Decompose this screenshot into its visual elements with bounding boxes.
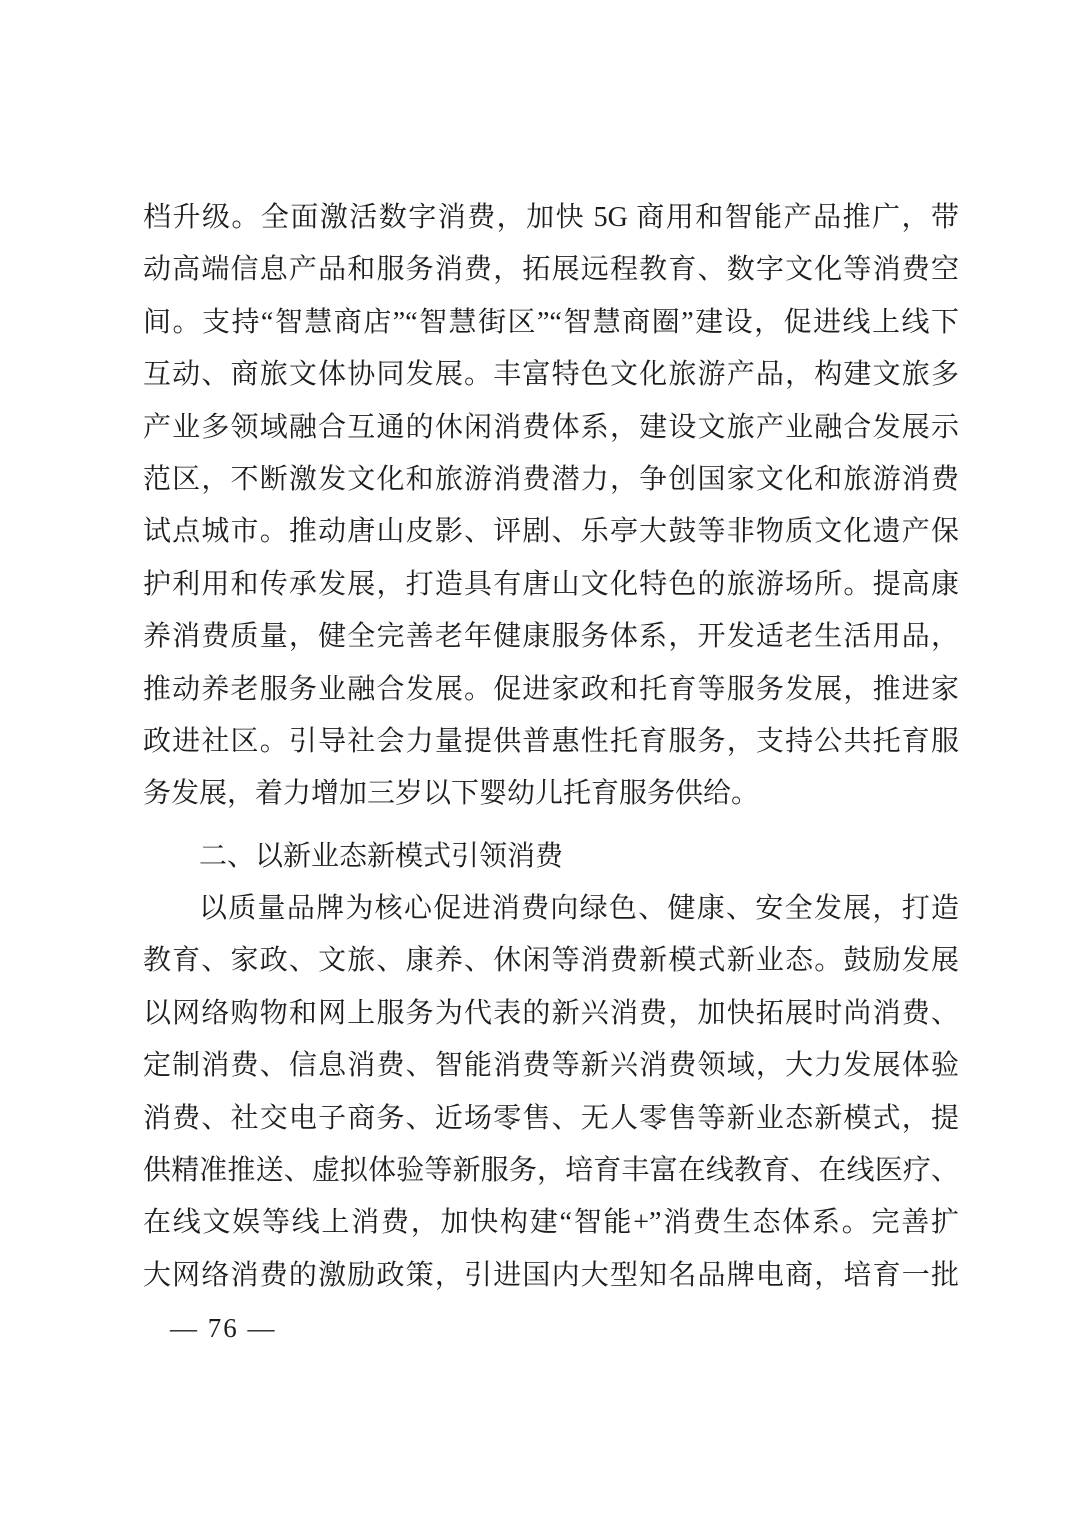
text-line: 间。支持“智慧商店”“智慧街区”“智慧商圈”建设，促进线上线下 — [143, 297, 959, 349]
text-line: 供精准推送、虚拟体验等新服务，培育丰富在线教育、在线医疗、 — [143, 1145, 959, 1197]
text-line: 政进社区。引导社会力量提供普惠性托育服务，支持公共托育服 — [143, 716, 959, 768]
document-page: 档升级。全面激活数字消费，加快 5G 商用和智能产品推广，带 动高端信息产品和服… — [0, 0, 1080, 1526]
text-line: 推动养老服务业融合发展。促进家政和托育等服务发展，推进家 — [143, 664, 959, 716]
text-line: 产业多领域融合互通的休闲消费体系，建设文旅产业融合发展示 — [143, 402, 959, 454]
text-line: 动高端信息产品和服务消费，拓展远程教育、数字文化等消费空 — [143, 244, 959, 296]
text-line: 档升级。全面激活数字消费，加快 5G 商用和智能产品推广，带 — [143, 192, 959, 244]
text-line: 试点城市。推动唐山皮影、评剧、乐亭大鼓等非物质文化遗产保 — [143, 506, 959, 558]
text-line: 范区，不断激发文化和旅游消费潜力，争创国家文化和旅游消费 — [143, 454, 959, 506]
text-line: 互动、商旅文体协同发展。丰富特色文化旅游产品，构建文旅多 — [143, 349, 959, 401]
text-line: 在线文娱等线上消费，加快构建“智能+”消费生态体系。完善扩 — [143, 1197, 959, 1249]
text-block: 档升级。全面激活数字消费，加快 5G 商用和智能产品推广，带 动高端信息产品和服… — [143, 192, 959, 1302]
text-line: 以质量品牌为核心促进消费向绿色、健康、安全发展，打造 — [143, 883, 959, 935]
text-line: 消费、社交电子商务、近场零售、无人零售等新业态新模式，提 — [143, 1093, 959, 1145]
section-heading: 二、以新业态新模式引领消费 — [143, 831, 959, 883]
text-line: 务发展，着力增加三岁以下婴幼儿托育服务供给。 — [143, 768, 959, 820]
page-number: — 76 — — [170, 1308, 277, 1348]
text-line: 教育、家政、文旅、康养、休闲等消费新模式新业态。鼓励发展 — [143, 935, 959, 987]
text-line: 定制消费、信息消费、智能消费等新兴消费领域，大力发展体验 — [143, 1040, 959, 1092]
text-line: 护利用和传承发展，打造具有唐山文化特色的旅游场所。提高康 — [143, 559, 959, 611]
text-line: 大网络消费的激励政策，引进国内大型知名品牌电商，培育一批 — [143, 1250, 959, 1302]
text-line: 养消费质量，健全完善老年健康服务体系，开发适老生活用品， — [143, 611, 959, 663]
text-line: 以网络购物和网上服务为代表的新兴消费，加快拓展时尚消费、 — [143, 988, 959, 1040]
